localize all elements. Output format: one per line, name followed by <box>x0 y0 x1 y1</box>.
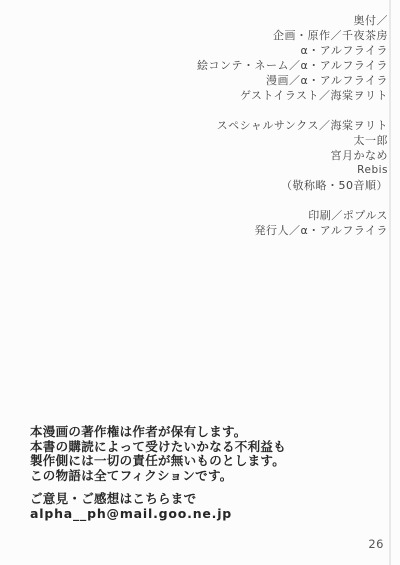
copyright-notice: 本漫画の著作権は作者が保有します。 本書の購読によって受けたいかなる不利益も 製… <box>30 425 286 521</box>
colophon-credits: 奥付／ 企画・原作／千夜茶房 α・アルフライラ 絵コンテ・ネーム／α・アルフライ… <box>197 13 388 238</box>
special-thanks-group: スペシャルサンクス／海棠ヲリト 太一郎 宮月かなめ Rebis （敬称略・50音… <box>197 118 388 193</box>
credit-line-manga: 漫画／α・アルフライラ <box>197 73 388 88</box>
notice-line-copyright: 本漫画の著作権は作者が保有します。 <box>30 425 286 440</box>
thanks-line: スペシャルサンクス／海棠ヲリト <box>197 118 388 133</box>
credits-group: 奥付／ 企画・原作／千夜茶房 α・アルフライラ 絵コンテ・ネーム／α・アルフライ… <box>197 13 388 103</box>
colophon-page: 奥付／ 企画・原作／千夜茶房 α・アルフライラ 絵コンテ・ネーム／α・アルフライ… <box>0 0 400 565</box>
contact-line: ご意見・ご感想はこちらまで <box>30 492 286 507</box>
credit-line-author: α・アルフライラ <box>197 43 388 58</box>
publishing-group: 印刷／ポプルス 発行人／α・アルフライラ <box>197 208 388 238</box>
colophon-heading: 奥付／ <box>197 13 388 28</box>
publisher-line: 発行人／α・アルフライラ <box>197 223 388 238</box>
notice-line-disclaimer-1: 本書の購読によって受けたいかなる不利益も <box>30 440 286 455</box>
notice-line-fiction: この物語は全てフィクションです。 <box>30 469 286 484</box>
thanks-note: （敬称略・50音順） <box>197 178 388 193</box>
printing-line: 印刷／ポプルス <box>197 208 388 223</box>
thanks-line: 宮月かなめ <box>197 148 388 163</box>
page-edge-shadow <box>389 0 391 565</box>
notice-line-disclaimer-2: 製作側には一切の責任が無いものとします。 <box>30 454 286 469</box>
thanks-line: Rebis <box>197 163 388 178</box>
thanks-line: 太一郎 <box>197 133 388 148</box>
page-number: 26 <box>368 537 384 551</box>
email-address: alpha__ph@mail.goo.ne.jp <box>30 507 286 522</box>
contact-block: ご意見・ご感想はこちらまで alpha__ph@mail.goo.ne.jp <box>30 492 286 521</box>
credit-line-planning: 企画・原作／千夜茶房 <box>197 28 388 43</box>
credit-line-storyboard: 絵コンテ・ネーム／α・アルフライラ <box>197 58 388 73</box>
credit-line-guest-illust: ゲストイラスト／海棠ヲリト <box>197 88 388 103</box>
